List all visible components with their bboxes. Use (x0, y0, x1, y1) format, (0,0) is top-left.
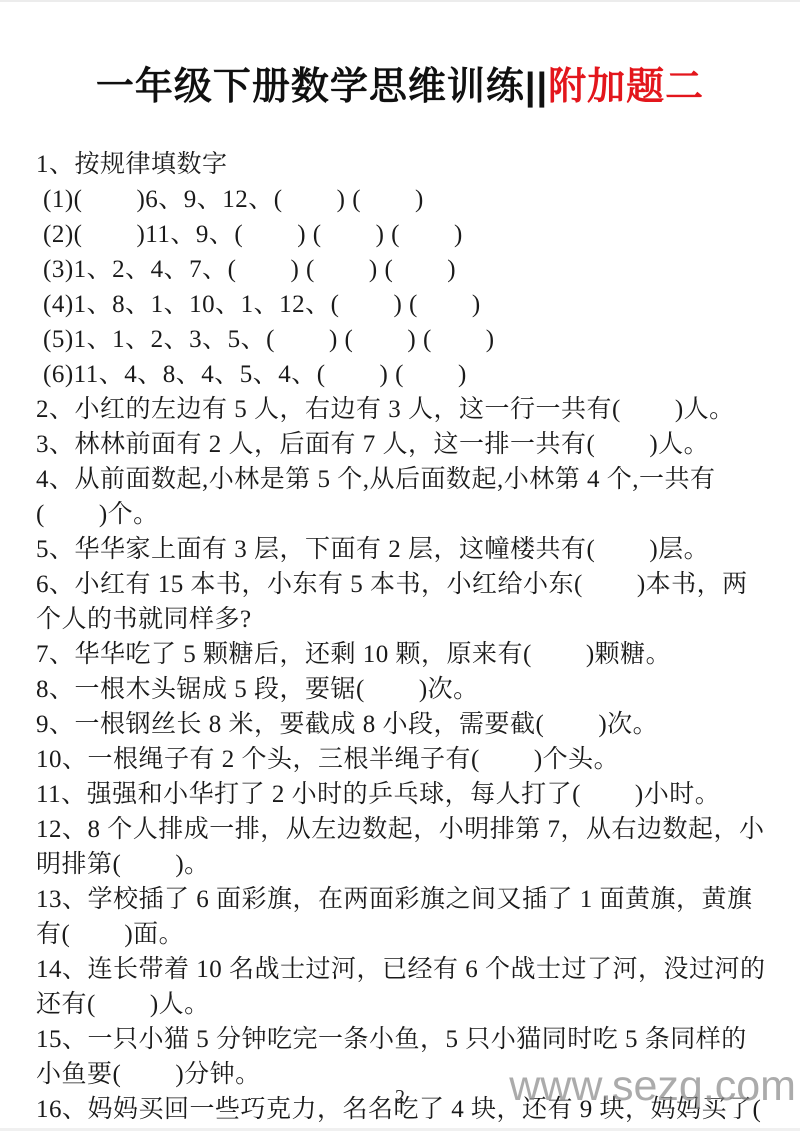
question-1-item-1: (1)( )6、9、12、( ) ( ) (36, 182, 766, 217)
question-11: 11、强强和小华打了 2 小时的乒乓球，每人打了( )小时。 (36, 777, 766, 812)
question-7: 7、华华吃了 5 颗糖后，还剩 10 颗，原来有( )颗糖。 (36, 637, 766, 672)
worksheet-body: 1、按规律填数字 (1)( )6、9、12、( ) ( ) (2)( )11、9… (0, 135, 800, 1127)
question-5: 5、华华家上面有 3 层，下面有 2 层，这幢楼共有( )层。 (36, 532, 766, 567)
question-8: 8、一根木头锯成 5 段，要锯( )次。 (36, 672, 766, 707)
question-2: 2、小红的左边有 5 人，右边有 3 人，这一行一共有( )人。 (36, 392, 766, 427)
question-10: 10、一根绳子有 2 个头，三根半绳子有( )个头。 (36, 742, 766, 777)
question-1-item-2: (2)( )11、9、( ) ( ) ( ) (36, 217, 766, 252)
question-9: 9、一根钢丝长 8 米，要截成 8 小段，需要截( )次。 (36, 707, 766, 742)
page-top-edge (0, 0, 800, 2)
question-1-item-5: (5)1、1、2、3、5、( ) ( ) ( ) (36, 322, 766, 357)
page-number: 2 (0, 1086, 800, 1109)
question-1-item-4: (4)1、8、1、10、1、12、( ) ( ) (36, 287, 766, 322)
question-1-item-6: (6)11、4、8、4、5、4、( ) ( ) (36, 357, 766, 392)
question-14: 14、连长带着 10 名战士过河，已经有 6 个战士过了河，没过河的还有( )人… (36, 952, 766, 1022)
question-1-item-3: (3)1、2、4、7、( ) ( ) ( ) (36, 252, 766, 287)
page-title-black: 一年级下册数学思维训练|| (96, 66, 548, 108)
question-15: 15、一只小猫 5 分钟吃完一条小鱼，5 只小猫同时吃 5 条同样的小鱼要( )… (36, 1022, 766, 1092)
question-4: 4、从前面数起,小林是第 5 个,从后面数起,小林第 4 个,一共有( )个。 (36, 462, 766, 532)
question-6: 6、小红有 15 本书，小东有 5 本书，小红给小东( )本书，两个人的书就同样… (36, 567, 766, 637)
question-1-header: 1、按规律填数字 (36, 147, 766, 182)
question-13: 13、学校插了 6 面彩旗，在两面彩旗之间又插了 1 面黄旗，黄旗有( )面。 (36, 882, 766, 952)
page-title-red: 附加题二 (548, 66, 704, 108)
question-3: 3、林林前面有 2 人，后面有 7 人，这一排一共有( )人。 (36, 427, 766, 462)
question-12: 12、8 个人排成一排，从左边数起，小明排第 7，从右边数起，小明排第( )。 (36, 812, 766, 882)
page-title: 一年级下册数学思维训练||附加题二 (0, 25, 800, 109)
